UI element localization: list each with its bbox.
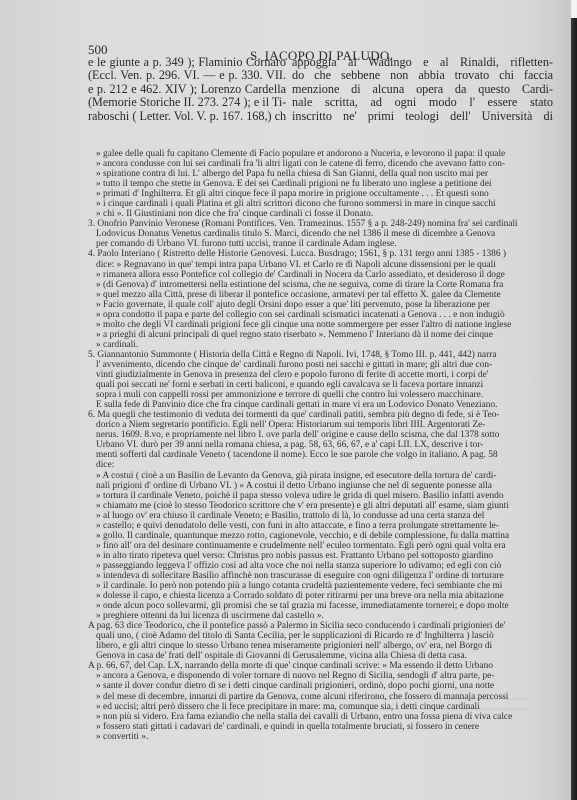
footnote-line: nali prigioni d' ordine di Urbano VI. ) … bbox=[96, 481, 554, 491]
footnote-line: » al luogo ov' era chiuso il cardinale V… bbox=[96, 511, 554, 521]
footnote-line: libero, e gli altri cinque lo stesso Urb… bbox=[96, 641, 554, 651]
page-edge-shadow bbox=[571, 18, 577, 800]
footnote-line: » ed uccisi; altri però dissero che li f… bbox=[96, 702, 554, 712]
footnote-line: » a prieghi di alcuni principali di quel… bbox=[96, 330, 554, 340]
scan-margin bbox=[571, 0, 577, 18]
footnote-line: l' avvenimento, dicendo che cinque de' c… bbox=[96, 360, 554, 370]
footnote-line: per comando di Urbano VI. furono tutti u… bbox=[96, 239, 554, 249]
text-line: raboschi ( Letter. Vol. V. p. 167. 168,)… bbox=[88, 110, 286, 123]
footnote-line: » tutto il tempo che stette in Genova. E… bbox=[96, 179, 554, 189]
footnote-line: » (di Genova) d' intromettersi nella est… bbox=[96, 280, 554, 290]
text-line: e p. 212 e 462. XIV ); Lorenzo Cardella bbox=[88, 83, 286, 96]
footnote-line: » spiratione contra di lui. L' albergo d… bbox=[96, 169, 554, 179]
footnote-line: » castello; e quivi denudatolo delle ves… bbox=[96, 521, 554, 531]
footnote-line: E sulla fede di Panvinio dice che fra ci… bbox=[96, 400, 554, 410]
footnote-line: dorico a Niem segretario pontificio. Egl… bbox=[96, 420, 554, 430]
footnote-line: » rimanera allora esso Pontefice col col… bbox=[96, 270, 554, 280]
footnote-line: » quel mezzo alla Città, prese di libera… bbox=[96, 290, 554, 300]
footnote-line: » sante il dover condur dietro di se i d… bbox=[96, 681, 554, 691]
footnote-line: » chiamato me (cioè lo stesso Teodorico … bbox=[96, 501, 554, 511]
text-line: do che sebbene non abbia trovato chi fac… bbox=[292, 69, 553, 82]
footnote-line: » ancora condusse con lui sei cardinali … bbox=[96, 159, 554, 169]
footnote-line: » del mese di decembre, innanzi di parti… bbox=[96, 692, 554, 702]
right-column: appoggia al Wadingo e al Rinaldi, riflet… bbox=[292, 56, 553, 123]
footnote-line: 4. Paolo Interiano ( Ristretto delle His… bbox=[88, 249, 554, 259]
footnote-line: » galee delle quali fu capitano Clemente… bbox=[96, 149, 554, 159]
footnote-line: Lodovicus Donatus Venetus cardinalis tit… bbox=[96, 229, 554, 239]
text-line: inscritto ne' primi teologi dell' Univer… bbox=[292, 110, 553, 123]
footnote-line: quali poi seccati ne' forni e serbati in… bbox=[96, 380, 554, 390]
text-line: appoggia al Wadingo e al Rinaldi, riflet… bbox=[292, 56, 553, 69]
footnote-line: » molto che degli VI cardinali prigioni … bbox=[96, 320, 554, 330]
footnote-line: A pag. 63 dice Teodorico, che il pontefi… bbox=[88, 621, 554, 631]
footnote-line: vinti giudizialmente in Genova in presen… bbox=[96, 370, 554, 380]
footnote-line: Urbano VI. durò per 39 anni nella romana… bbox=[96, 440, 554, 450]
footnote-line: » il cardinale. Io però non potendo più … bbox=[96, 581, 554, 591]
footnote-line: » passeggiando leggeva l' offizio così a… bbox=[96, 561, 554, 571]
footnote-line: Genova in casa de' frati dell' ospitale … bbox=[96, 651, 554, 661]
footnote-line: » fossero stati gittati i cadavari de' c… bbox=[96, 722, 554, 732]
footnote-line: 6. Ma quegli che testimonio di veduta de… bbox=[88, 410, 554, 420]
text-line: (Memorie Storiche II. 273. 274 ); e il T… bbox=[88, 96, 286, 109]
text-line: nale scritta, ad ogni modo l' essere sta… bbox=[292, 96, 553, 109]
footnote-line: » fino all' ora del desinare continuamen… bbox=[96, 541, 554, 551]
footnote-line: » onde alcun poco sollevarmi, gli promis… bbox=[96, 601, 554, 611]
footnote-line: quali uno, ( cioè Adamo del titolo di Sa… bbox=[96, 631, 554, 641]
footnote-line: » intendeva di sollecitare Basilio affin… bbox=[96, 571, 554, 581]
footnote-line: » gollo. Il cardinale, quantunque mezzo … bbox=[96, 531, 554, 541]
footnote-line: » chi ». Il Giustiniani non dice che fra… bbox=[96, 209, 554, 219]
footnote-line: sopra i muli con cappelli rossi per ammo… bbox=[96, 390, 554, 400]
footnote-line: » i cinque cardinali i quali Platina et … bbox=[96, 199, 554, 209]
footnote-line: » primati d' Inghilterra. Et gli altri c… bbox=[96, 189, 554, 199]
footnote-line: A p. 66, 67, del Cap. LX, narrando della… bbox=[88, 661, 554, 671]
footnote-line: menti sofferti dal cardinale Veneto ( ta… bbox=[96, 450, 554, 460]
footnote-line: 5. Giannantonio Summonte ( Historia dell… bbox=[88, 350, 554, 360]
book-page: 500 S. IACOPO DI PALUDO. e le giunte a p… bbox=[0, 0, 571, 800]
footnotes-block: » galee delle quali fu capitano Clemente… bbox=[96, 149, 554, 742]
footnote-line: » in alto tirato ripeteva quel verso: Ch… bbox=[96, 551, 554, 561]
text-line: (Eccl. Ven. p. 296. VI. — e p. 330. VII. bbox=[88, 69, 286, 82]
footnote-line: dice: bbox=[96, 460, 554, 470]
footnote-line: » convertiti ». bbox=[96, 732, 554, 742]
text-line: menzione di alcuna opera da questo Cardi… bbox=[292, 83, 553, 96]
footnote-line: nerus. 1609. 8.vo, e propriamente nel li… bbox=[96, 430, 554, 440]
footnote-line: » Facio governate, il quale coll' ajuto … bbox=[96, 300, 554, 310]
left-column: e le giunte a p. 349 ); Flaminio Cornaro… bbox=[88, 56, 286, 123]
footnote-line: » tortura il cardinale Veneto, poichè il… bbox=[96, 491, 554, 501]
footnote-line: » opra condotto il papa e parte del coll… bbox=[96, 310, 554, 320]
footnote-line: » cardinali. bbox=[96, 340, 554, 350]
text-line: e le giunte a p. 349 ); Flaminio Cornaro bbox=[88, 56, 286, 69]
footnote-line: » ancora a Genova, e disponendo di voler… bbox=[96, 671, 554, 681]
footnote-line: » non più si videro. Era fama eziandio c… bbox=[96, 712, 554, 722]
footnote-line: 3. Onofrio Panvinio Veronese (Romani Pon… bbox=[88, 219, 554, 229]
footnote-line: » dolesse il capo, e chiesta licenza a C… bbox=[96, 591, 554, 601]
footnote-line: dice: » Regnavano in que' tempi intra pa… bbox=[96, 260, 554, 270]
footnote-line: » preghiere ottenni da lui licenza di us… bbox=[96, 611, 554, 621]
footnote-line: » A costui ( cioè a un Basilio de Levant… bbox=[96, 471, 554, 481]
